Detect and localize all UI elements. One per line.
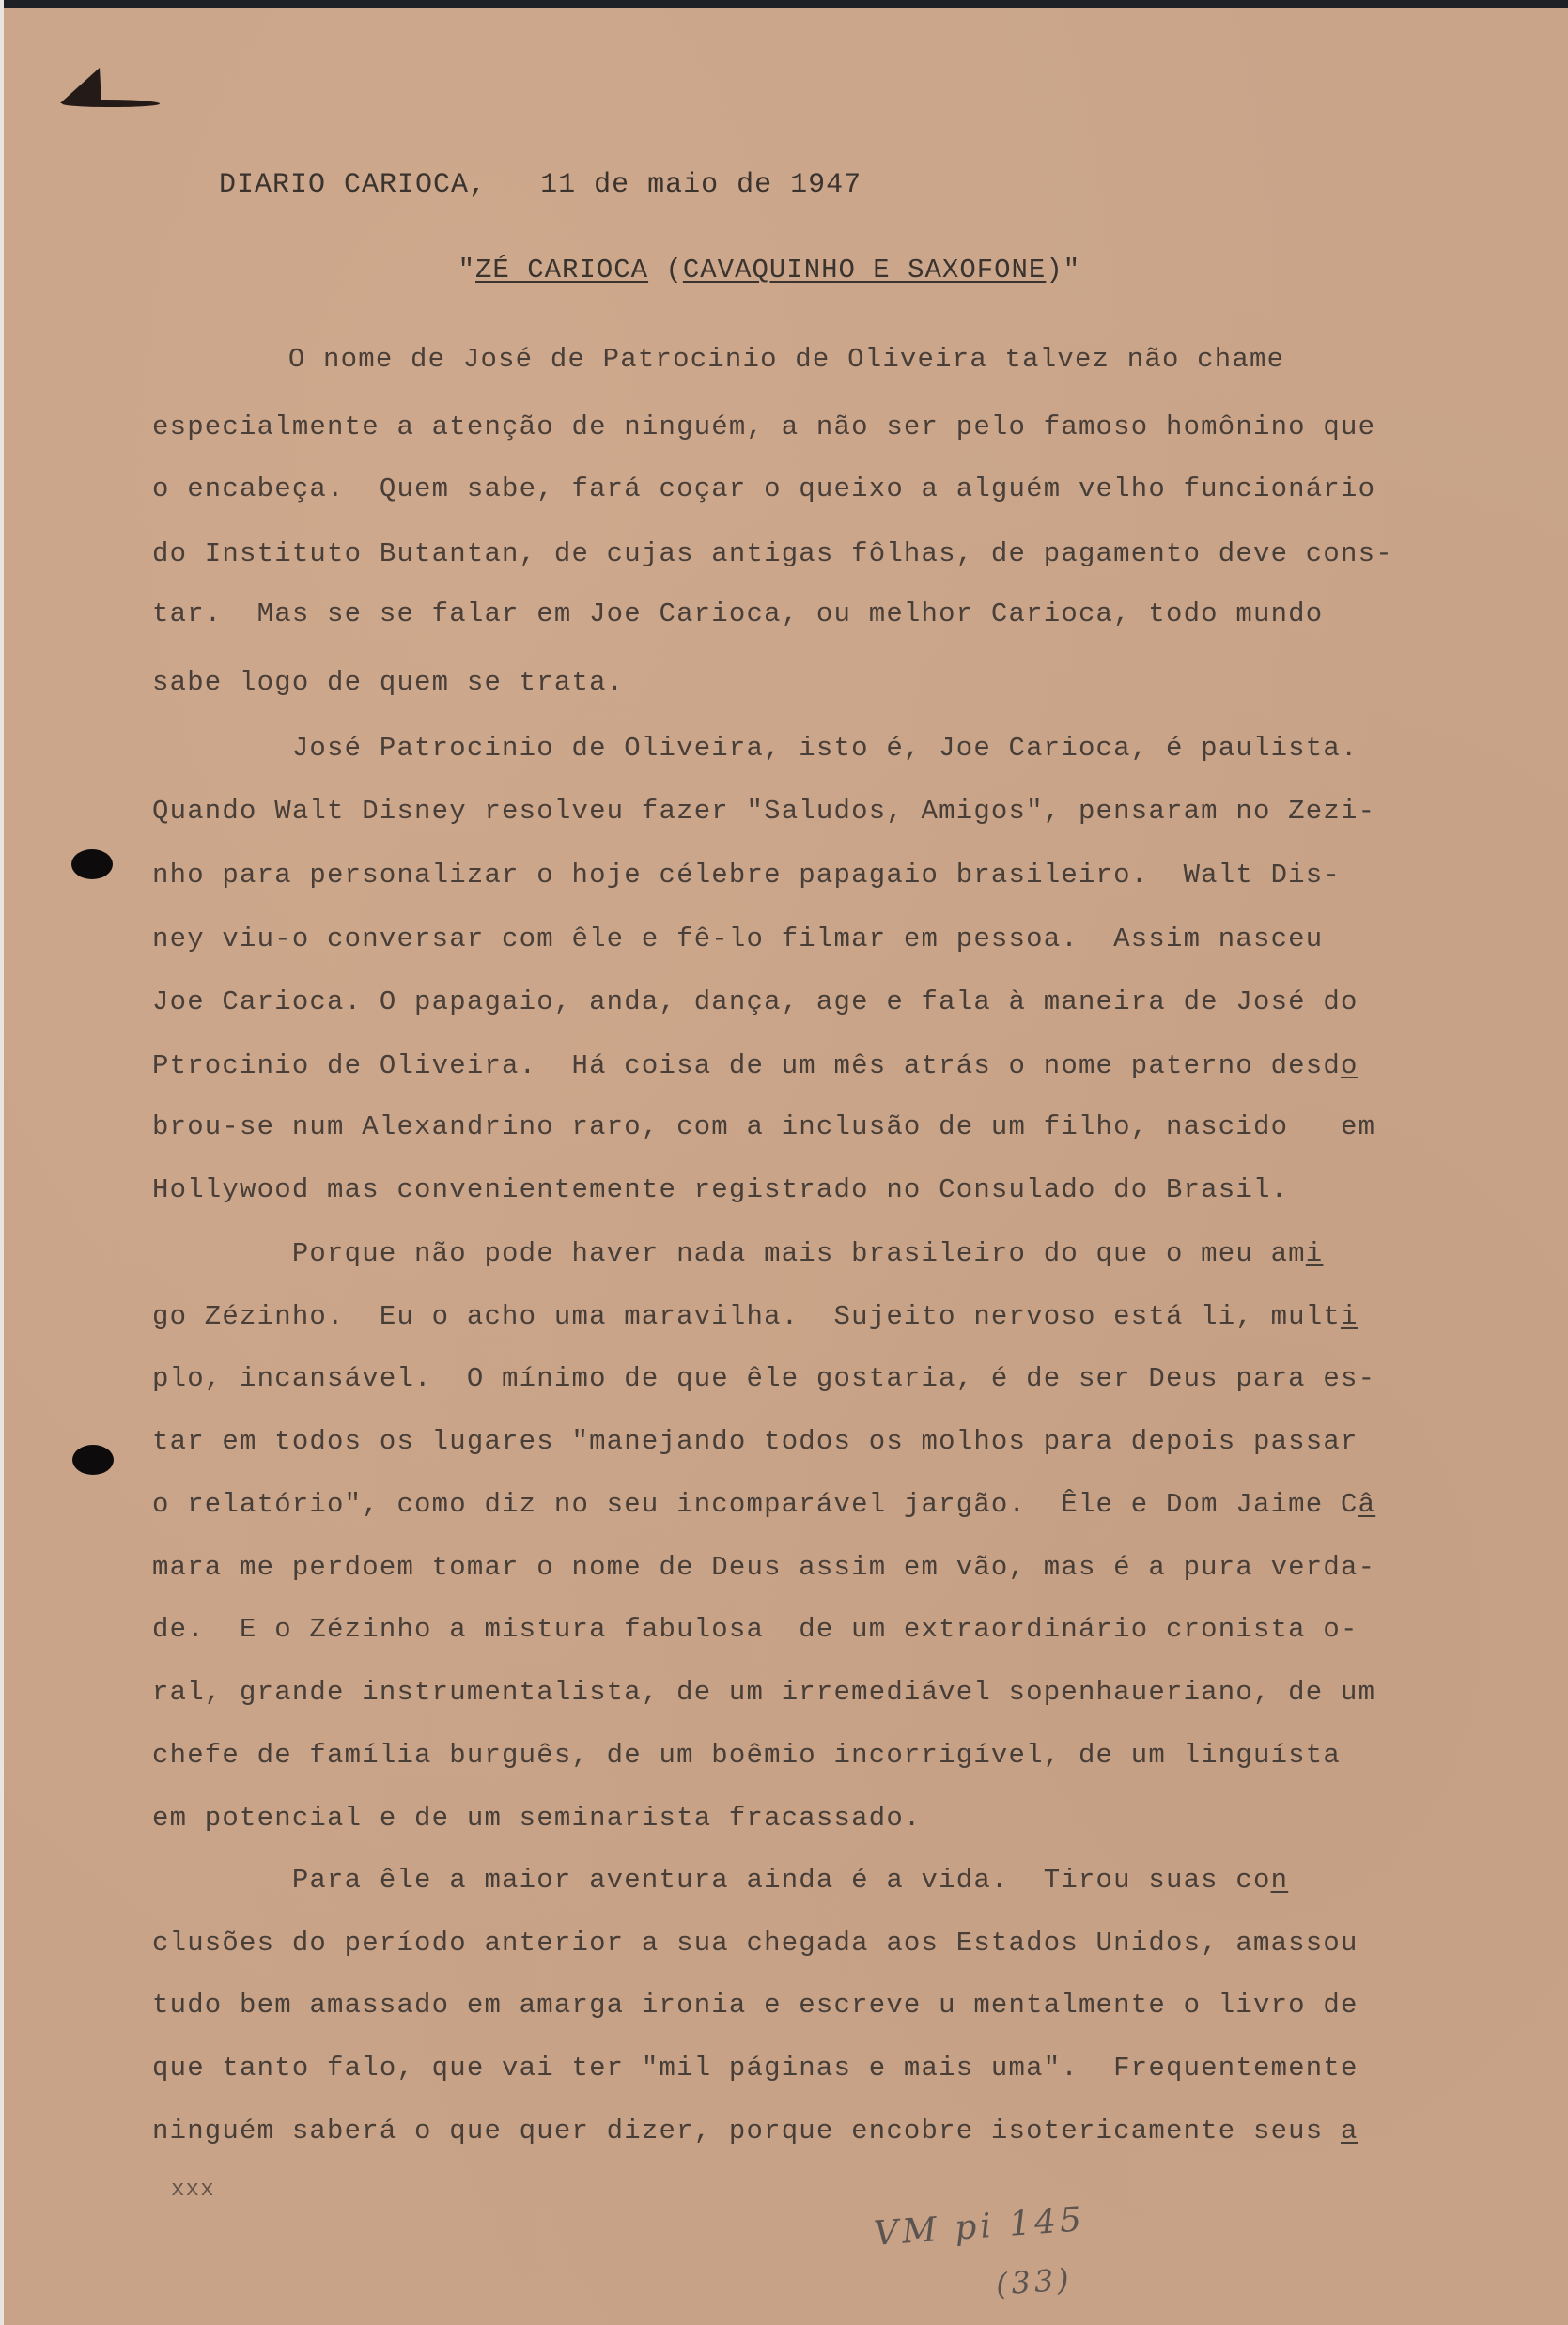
body-line: que tanto falo, que vai ter "mil páginas… <box>152 2053 1358 2084</box>
body-line: Joe Carioca. O papagaio, anda, dança, ag… <box>152 986 1358 1017</box>
scan-left-edge <box>0 0 4 2325</box>
body-line: do Instituto Butantan, de cujas antigas … <box>152 538 1393 569</box>
body-line: ney viu-o conversar com êle e fê-lo film… <box>152 923 1323 954</box>
header: DIARIO CARIOCA, 11 de maio de 1947 <box>147 137 862 233</box>
body-line: Ptrocinio de Oliveira. Há coisa de um mê… <box>152 1050 1358 1081</box>
body-line: de. E o Zézinho a mistura fabulosa de um… <box>152 1614 1358 1645</box>
scan-top-edge <box>0 0 1568 8</box>
body-line: plo, incansável. O mínimo de que êle gos… <box>152 1363 1375 1394</box>
body-line: o encabeça. Quem sabe, fará coçar o quei… <box>152 473 1375 504</box>
body-line: Quando Walt Disney resolveu fazer "Salud… <box>152 796 1375 827</box>
body-line: O nome de José de Patrocinio de Oliveira… <box>148 344 1284 375</box>
body-line: Porque não pode haver nada mais brasilei… <box>152 1238 1323 1269</box>
title-main: ZÉ CARIOCA <box>475 255 648 286</box>
body-line: sabe logo de quem se trata. <box>152 667 624 698</box>
handwritten-archive-note: VM pi 145 <box>873 2200 1086 2254</box>
body-line: José Patrocinio de Oliveira, isto é, Joe… <box>152 733 1358 764</box>
struck-out-text: xxx <box>171 2178 215 2203</box>
punch-hole-top <box>71 849 113 879</box>
title-paren-open: ( <box>665 255 682 286</box>
body-line: tar em todos os lugares "manejando todos… <box>152 1426 1358 1457</box>
body-line: mara me perdoem tomar o nome de Deus ass… <box>152 1552 1375 1583</box>
body-line: Para êle a maior aventura ainda é a vida… <box>152 1865 1288 1896</box>
body-line: tar. Mas se se falar em Joe Carioca, ou … <box>152 598 1323 629</box>
title-subtitle: CAVAQUINHO E SAXOFONE <box>683 255 1046 286</box>
body-line: go Zézinho. Eu o acho uma maravilha. Suj… <box>152 1301 1358 1332</box>
newspaper-name: DIARIO CARIOCA, <box>219 169 487 201</box>
body-line: o relatório", como diz no seu incomparáv… <box>152 1489 1375 1520</box>
body-line: tudo bem amassado em amarga ironia e esc… <box>152 1990 1358 2021</box>
publication-date: 11 de maio de 1947 <box>540 169 862 201</box>
document-page: DIARIO CARIOCA, 11 de maio de 1947 "ZÉ C… <box>0 0 1568 2325</box>
title-quote-open: " <box>458 255 475 286</box>
article-title: "ZÉ CARIOCA (CAVAQUINHO E SAXOFONE)" <box>389 224 1080 317</box>
body-line: nho para personalizar o hoje célebre pap… <box>152 860 1341 891</box>
title-paren-close: )" <box>1046 255 1080 286</box>
punch-hole-bottom <box>72 1445 114 1475</box>
body-line: chefe de família burguês, de um boêmio i… <box>152 1740 1341 1771</box>
body-line: especialmente a atenção de ninguém, a nã… <box>152 411 1375 442</box>
body-line: brou-se num Alexandrino raro, com a incl… <box>152 1111 1375 1142</box>
corner-tear-base <box>62 100 160 107</box>
body-line: clusões do período anterior a sua chegad… <box>152 1928 1358 1959</box>
body-line: ninguém saberá o que quer dizer, porque … <box>152 2116 1358 2147</box>
body-line: ral, grande instrumentalista, de um irre… <box>152 1677 1375 1708</box>
handwritten-page-number: (33) <box>995 2261 1074 2302</box>
corner-tear-shape <box>60 68 109 103</box>
body-line: Hollywood mas convenientemente registrad… <box>152 1174 1288 1205</box>
body-line: em potencial e de um seminarista fracass… <box>152 1803 922 1834</box>
